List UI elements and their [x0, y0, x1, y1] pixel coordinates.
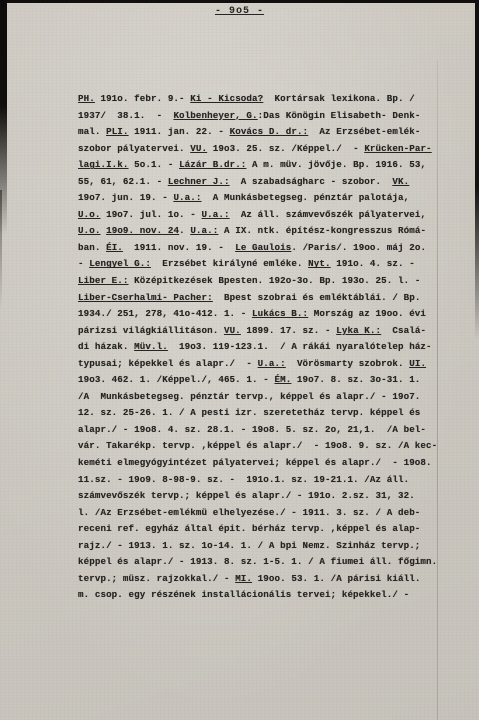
underlined-text: 19o9. nov. 24	[106, 225, 179, 236]
underlined-text: Lukács B.:	[252, 308, 308, 319]
plain-text: 19oo. 53. 1. /A párisi kiáll.	[252, 573, 420, 584]
underlined-text: Kovács D. dr.:	[230, 126, 309, 137]
text-line: di házak. Müv.l. 19o3. 119-123.1. / A rá…	[78, 339, 430, 356]
plain-text: képpel és alapr./ - 1913. 8. sz. 1-5. 1.…	[78, 556, 437, 567]
underlined-text: Le Gaulois	[235, 242, 291, 253]
underlined-text: U.a.:	[258, 358, 286, 369]
text-line: - Lengyel G.: Erzsébet királyné emléke. …	[78, 256, 430, 273]
plain-text: l. /Az Erzsébet-emlékmü elhelyezése./ - …	[78, 507, 420, 518]
underlined-text: U.a.:	[173, 192, 201, 203]
plain-text: Kortársak lexikona. Bp. /	[263, 93, 415, 104]
underlined-text: Lyka K.:	[336, 325, 381, 336]
text-line: /A Munkásbetegseg. pénztár tervp., képpe…	[78, 389, 430, 406]
page-number: - 9o5 -	[0, 6, 479, 17]
text-line: U.o. 19o9. nov. 24. U.a.: A IX. ntk. épí…	[78, 223, 430, 240]
underlined-text: Lázár B.dr.:	[179, 159, 246, 170]
underlined-text: Lengyel G.:	[89, 258, 151, 269]
plain-text: Mország az 19oo. évi	[308, 308, 426, 319]
plain-text: párizsi világkiállitáson.	[78, 325, 224, 336]
underlined-text: Liber-Cserhalmi- Pacher:	[78, 292, 213, 303]
plain-text: Bpest szobrai és emléktáblái. / Bp.	[213, 292, 421, 303]
text-line: alapr./ - 19o8. 4. sz. 28.1. - 19o8. 5. …	[78, 422, 430, 439]
text-line: PH. 191o. febr. 9.- Ki - Kicsoda? Kortár…	[78, 91, 430, 108]
plain-text: tervp.; müsz. rajzokkal./ -	[78, 573, 235, 584]
underlined-text: U.o.	[78, 209, 100, 220]
scanned-page: - 9o5 - PH. 191o. febr. 9.- Ki - Kicsoda…	[0, 0, 479, 720]
plain-text: alapr./ - 19o8. 4. sz. 28.1. - 19o8. 5. …	[78, 424, 426, 435]
underlined-text: VK.	[392, 176, 409, 187]
text-line: ban. ÉI. 1911. nov. 19. - Le Gaulois. /P…	[78, 240, 430, 257]
underlined-text: Liber E.:	[78, 275, 129, 286]
plain-text: A Munkásbetegseg. pénztár palotája,	[202, 192, 410, 203]
plain-text: di házak.	[78, 341, 134, 352]
plain-text: A m. müv. jövője. Bp. 1916. 53,	[246, 159, 426, 170]
text-line: l. /Az Erzsébet-emlékmü elhelyezése./ - …	[78, 505, 430, 522]
underlined-text: MI.	[235, 573, 252, 584]
document-lines: PH. 191o. febr. 9.- Ki - Kicsoda? Kortár…	[78, 91, 430, 604]
text-line: párizsi világkiállitáson. VU. 1899. 17. …	[78, 323, 430, 340]
underlined-text: Lechner J.:	[168, 176, 230, 187]
underlined-text: U.a.:	[202, 209, 230, 220]
text-line: keméti elmegyógyintézet pályatervei; kép…	[78, 455, 430, 472]
text-line: 1937/ 38.1. - Kolbenheyer, G.:Das Könögi…	[78, 108, 430, 125]
underlined-text: VU.	[224, 325, 241, 336]
scan-border-right	[475, 0, 479, 340]
underlined-text: Kolbenheyer, G.	[173, 110, 257, 121]
text-line: számvevőszék tervp.; képpel és alapr./ -…	[78, 488, 430, 505]
plain-text: receni ref. egyház által épit. bérház te…	[78, 523, 420, 534]
plain-text: számvevőszék tervp.; képpel és alapr./ -…	[78, 490, 415, 501]
text-line: képpel és alapr./ - 1913. 8. sz. 1-5. 1.…	[78, 554, 430, 571]
text-line: typusai; képekkel és alapr./ - U.a.: Vör…	[78, 356, 430, 373]
plain-text: 19o7. 8. sz. 3o-31. 1.	[291, 374, 420, 385]
text-line: 12. sz. 25-26. 1. / A pesti izr. szerete…	[78, 405, 430, 422]
plain-text: Középitkezések Bpesten. 192o-3o. Bp. 193…	[129, 275, 421, 286]
plain-text: szobor pályatervei.	[78, 143, 190, 154]
text-line: 11.sz. - 19o9. 8-98-9. sz. - 191o.1. sz.…	[78, 472, 430, 489]
plain-text: 19o3. 462. 1. /Képpel./, 465. 1. -	[78, 374, 274, 385]
plain-text: .	[179, 225, 190, 236]
plain-text: 191o. febr. 9.-	[95, 93, 190, 104]
plain-text: Vörösmarty szobrok.	[286, 358, 410, 369]
text-line: 19o3. 462. 1. /Képpel./, 465. 1. - ÉM. 1…	[78, 372, 430, 389]
underlined-text: PH.	[78, 93, 95, 104]
scan-border-left	[0, 0, 7, 235]
text-line: 19o7. jun. 19. - U.a.: A Munkásbetegseg.…	[78, 190, 430, 207]
plain-text: 1911. nov. 19. -	[123, 242, 235, 253]
underlined-text: U.a.:	[190, 225, 218, 236]
plain-text: mal.	[78, 126, 106, 137]
plain-text: Az áll. számvevőszék pályatervei,	[230, 209, 426, 220]
plain-text: m. csop. egy részének installácionális t…	[78, 589, 409, 600]
plain-text: 19o7. jun. 19. -	[78, 192, 173, 203]
text-line: 1934./ 251, 278, 41o-412. 1. - Lukács B.…	[78, 306, 430, 323]
plain-text: 1899. 17. sz. -	[241, 325, 336, 336]
underlined-text: UI.	[409, 358, 426, 369]
page-edge-line	[437, 60, 438, 720]
plain-text: Erzsébet királyné emléke.	[151, 258, 308, 269]
scan-border-left-fade	[0, 190, 2, 310]
text-line: Liber-Cserhalmi- Pacher: Bpest szobrai é…	[78, 290, 430, 307]
underlined-text: ÉI.	[106, 242, 123, 253]
underlined-text: ÉM.	[274, 374, 291, 385]
text-line: lagi.I.k. 5o.1. - Lázár B.dr.: A m. müv.…	[78, 157, 430, 174]
text-line: 55, 61, 62.1. - Lechner J.: A szabadságh…	[78, 174, 430, 191]
plain-text: A szabadságharc - szobor.	[230, 176, 393, 187]
text-line: U.o. 19o7. jul. 1o. - U.a.: Az áll. szám…	[78, 207, 430, 224]
plain-text: 191o. 4. sz. -	[331, 258, 415, 269]
plain-text: rajz./ - 1913. 1. sz. 1o-14. 1. / A bpi …	[78, 540, 420, 551]
text-line: mal. PLI. 1911. jan. 22. - Kovács D. dr.…	[78, 124, 430, 141]
plain-text: ban.	[78, 242, 106, 253]
scan-border-top	[0, 0, 479, 3]
plain-text: A IX. ntk. építész-kongresszus Rómá-	[218, 225, 426, 236]
underlined-text: Ki - Kicsoda?	[190, 93, 263, 104]
text-line: receni ref. egyház által épit. bérház te…	[78, 521, 430, 538]
plain-text: Csalá-	[381, 325, 426, 336]
text-line: m. csop. egy részének installácionális t…	[78, 587, 430, 604]
text-line: vár. Takarékp. tervp. ,képpel és alapr./…	[78, 438, 430, 455]
underlined-text: PLI.	[106, 126, 128, 137]
underlined-text: Müv.l.	[134, 341, 168, 352]
underlined-text: lagi.I.k.	[78, 159, 129, 170]
underlined-text: VU.	[190, 143, 207, 154]
plain-text: 1937/ 38.1. -	[78, 110, 173, 121]
underlined-text: Krücken-Par-	[364, 143, 431, 154]
plain-text: 1934./ 251, 278, 41o-412. 1. -	[78, 308, 252, 319]
plain-text: Az Erzsébet-emlék-	[308, 126, 420, 137]
plain-text: :Das Könögin Elisabeth- Denk-	[258, 110, 421, 121]
text-line: szobor pályatervei. VU. 19o3. 25. sz. /K…	[78, 141, 430, 158]
plain-text: 19o3. 119-123.1. / A rákái nyaralótelep …	[168, 341, 432, 352]
plain-text: 12. sz. 25-26. 1. / A pesti izr. szerete…	[78, 407, 420, 418]
plain-text: keméti elmegyógyintézet pályatervei; kép…	[78, 457, 432, 468]
plain-text: 1911. jan. 22. -	[129, 126, 230, 137]
text-line: tervp.; müsz. rajzokkal./ - MI. 19oo. 53…	[78, 571, 430, 588]
text-line: rajz./ - 1913. 1. sz. 1o-14. 1. / A bpi …	[78, 538, 430, 555]
plain-text: 55, 61, 62.1. -	[78, 176, 168, 187]
plain-text: /A Munkásbetegseg. pénztár tervp., képpe…	[78, 391, 420, 402]
plain-text: 11.sz. - 19o9. 8-98-9. sz. - 191o.1. sz.…	[78, 474, 409, 485]
plain-text: 19o3. 25. sz. /Képpel./ -	[207, 143, 364, 154]
plain-text: . /Paris/. 19oo. máj 2o.	[291, 242, 426, 253]
plain-text: -	[78, 258, 89, 269]
plain-text: 19o7. jul. 1o. -	[100, 209, 201, 220]
underlined-text: Nyt.	[308, 258, 330, 269]
underlined-text: U.o.	[78, 225, 100, 236]
plain-text: typusai; képekkel és alapr./ -	[78, 358, 258, 369]
plain-text: 5o.1. -	[129, 159, 180, 170]
text-line: Liber E.: Középitkezések Bpesten. 192o-3…	[78, 273, 430, 290]
plain-text: vár. Takarékp. tervp. ,képpel és alapr./…	[78, 440, 437, 451]
